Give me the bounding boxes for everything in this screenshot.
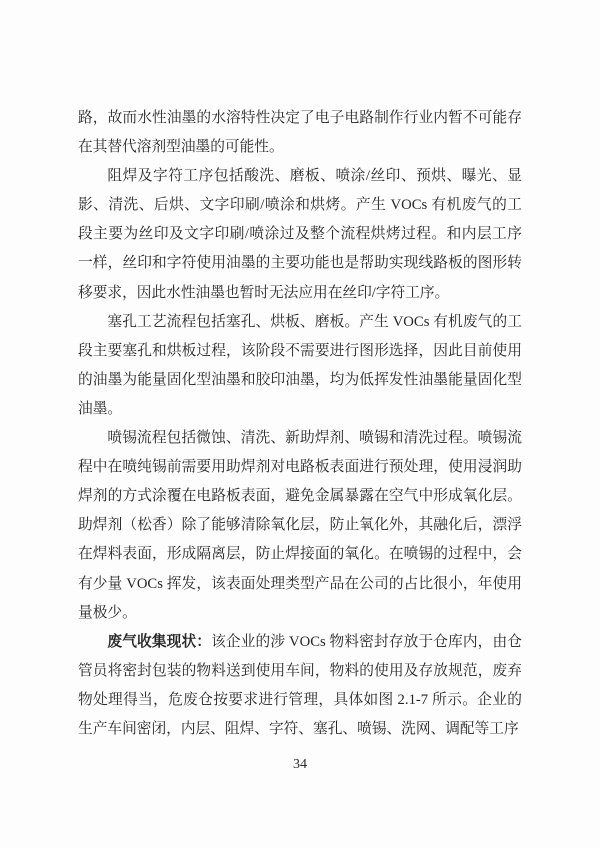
page-number: 34 [0,756,600,774]
paragraph: 塞孔工艺流程包括塞孔、烘板、磨板。产生 VOCs 有机废气的工段主要塞孔和烘板过… [78,308,522,424]
paragraph-run: 塞孔工艺流程包括塞孔、烘板、磨板。产生 VOCs 有机废气的工段主要塞孔和烘板过… [78,314,522,417]
paragraph-run-bold: 废气收集现状： [107,634,211,650]
page-body: 路，故而水性油墨的水溶特性决定了电子电路制作行业内暂不可能存在其替代溶剂型油墨的… [78,104,522,744]
paragraph-run: 路，故而水性油墨的水溶特性决定了电子电路制作行业内暂不可能存在其替代溶剂型油墨的… [78,110,522,155]
paragraph: 路，故而水性油墨的水溶特性决定了电子电路制作行业内暂不可能存在其替代溶剂型油墨的… [78,104,522,162]
paragraph: 废气收集现状：该企业的涉 VOCs 物料密封存放于仓库内，由仓管员将密封包装的物… [78,628,522,744]
paragraph: 喷锡流程包括微蚀、清洗、新助焊剂、喷锡和清洗过程。喷锡流程中在喷纯锡前需要用助焊… [78,424,522,628]
document-page: 路，故而水性油墨的水溶特性决定了电子电路制作行业内暂不可能存在其替代溶剂型油墨的… [0,0,600,848]
paragraph-run: 喷锡流程包括微蚀、清洗、新助焊剂、喷锡和清洗过程。喷锡流程中在喷纯锡前需要用助焊… [78,430,522,621]
paragraph-run: 阻焊及字符工序包括酸洗、磨板、喷涂/丝印、预烘、曝光、显影、清洗、后烘、文字印刷… [78,168,522,300]
paragraph: 阻焊及字符工序包括酸洗、磨板、喷涂/丝印、预烘、曝光、显影、清洗、后烘、文字印刷… [78,162,522,307]
